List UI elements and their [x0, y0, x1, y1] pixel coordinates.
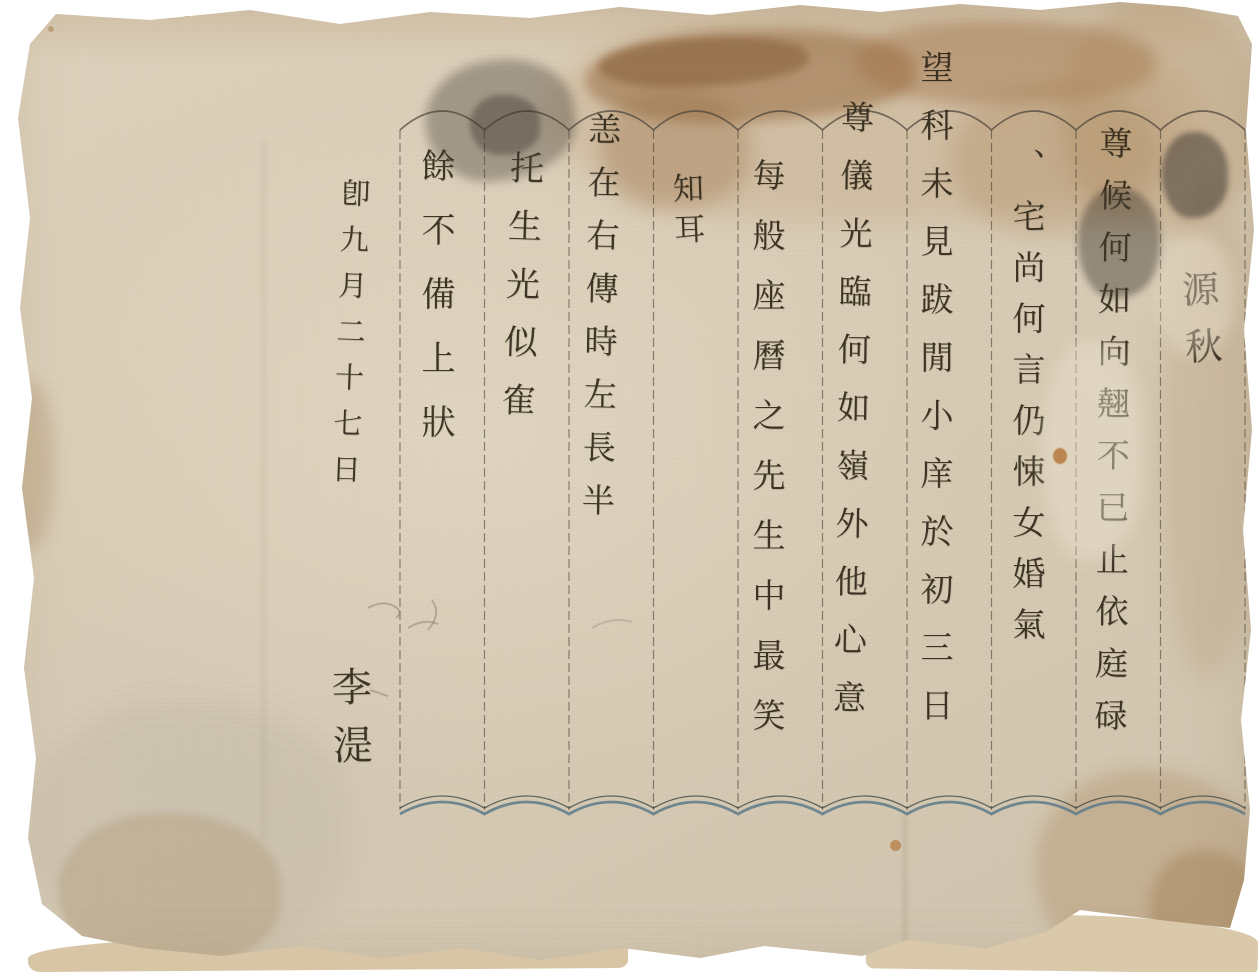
text-column-10: 餘不備上狀 — [415, 148, 454, 468]
text-column-4: 望科未見跋閒小庠於初三日 — [916, 50, 954, 746]
text-columns: 源秋尊候何如向翹不已止依庭碌、宅尚何言仍悚女婚氣望科未見跋閒小庠於初三日尊儀光臨… — [0, 0, 1260, 972]
foxing-speck-1 — [182, 10, 190, 17]
letter-paper: 源秋尊候何如向翹不已止依庭碌、宅尚何言仍悚女婚氣望科未見跋閒小庠於初三日尊儀光臨… — [0, 0, 1260, 972]
photo-backdrop: { "meta": { "description": "Photograph o… — [0, 0, 1260, 972]
text-column-5: 尊儀光臨何如嶺外他心意 — [827, 100, 874, 738]
text-column-2: 尊候何如向翹不已止依庭碌 — [1089, 126, 1132, 750]
text-column-7: 知耳 — [665, 171, 703, 254]
text-column-8: 恙在右傳時左長半 — [576, 112, 621, 537]
text-column-9: 托生光似隺 — [494, 149, 543, 440]
text-column-6: 每般座曆之先生中最笑 — [748, 158, 786, 758]
text-column-1: 源秋 — [1174, 269, 1222, 385]
text-column-3: 、宅尚何言仍悚女婚氣 — [1008, 148, 1046, 658]
